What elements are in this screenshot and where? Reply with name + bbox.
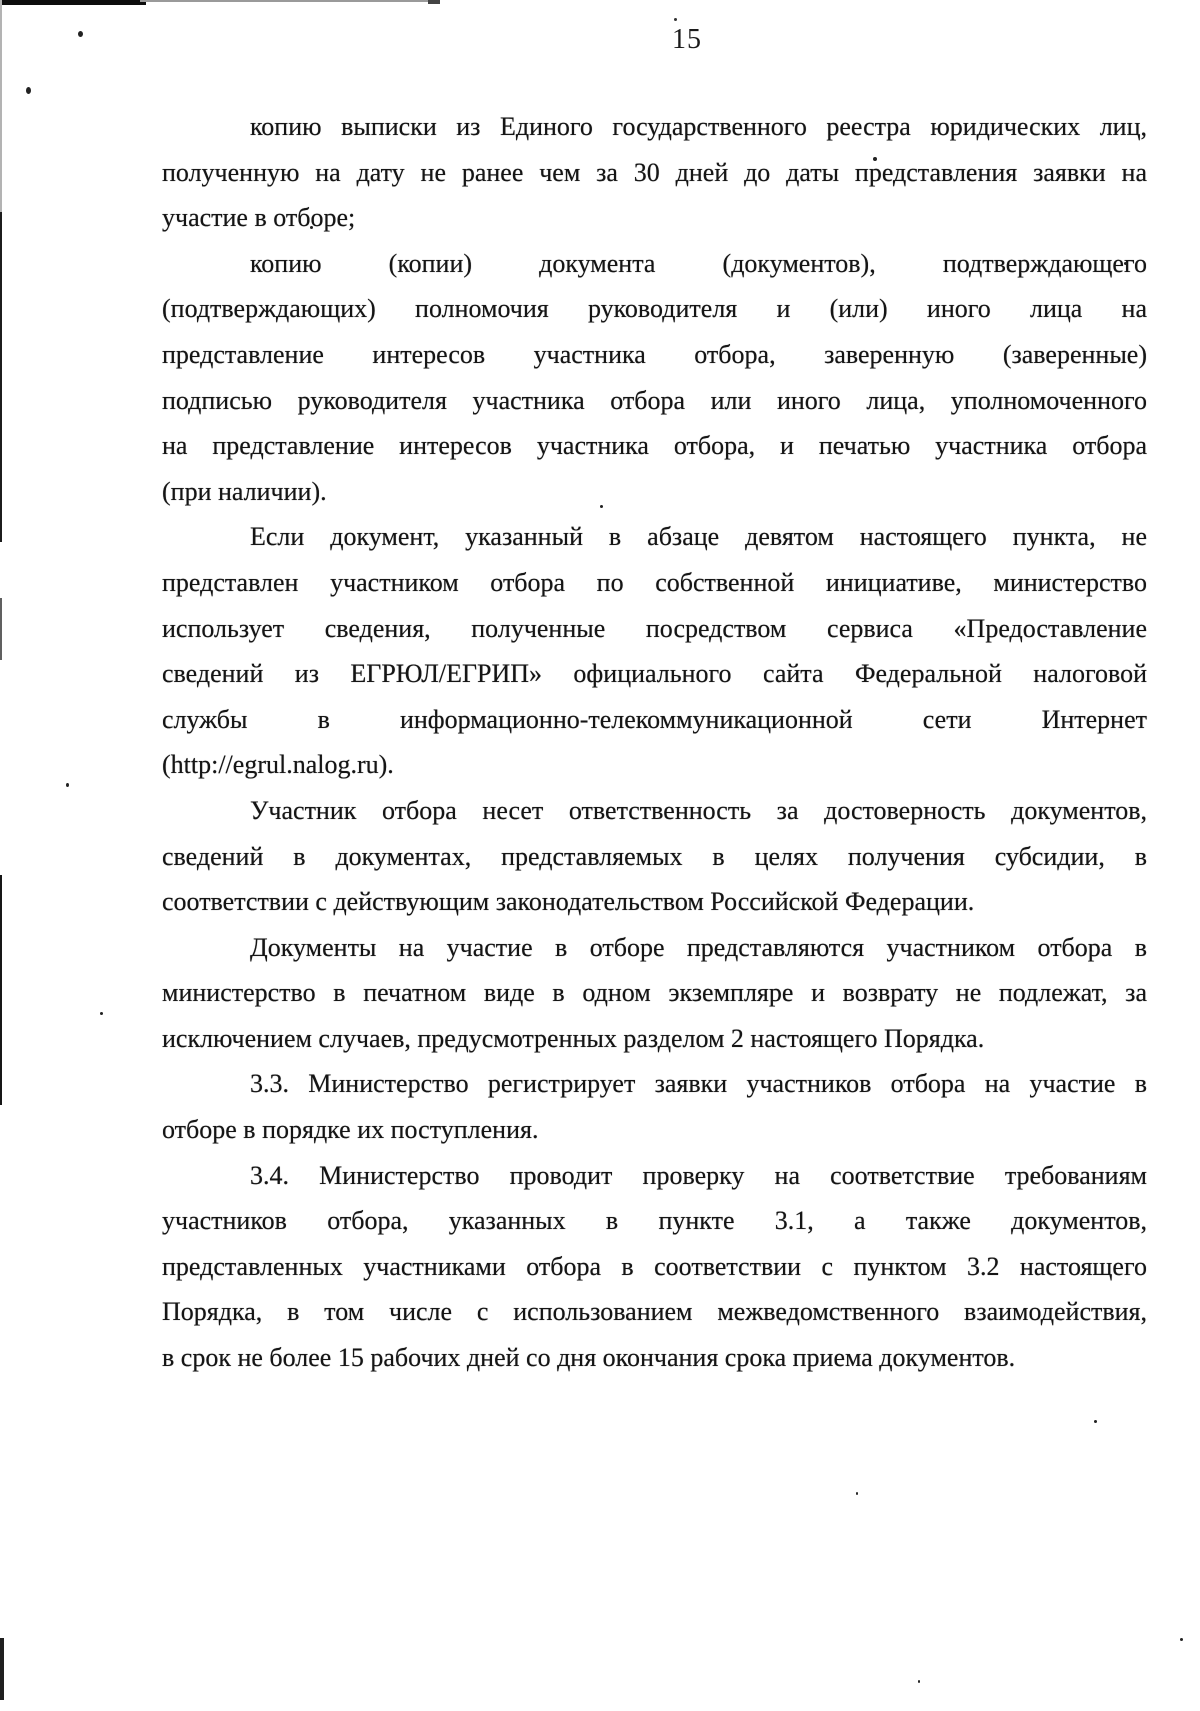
paragraph: копию (копии) документа (документов), по… — [162, 241, 1147, 515]
text-line: представлен участником отбора по собстве… — [162, 560, 1147, 606]
text-line: на представление интересов участника отб… — [162, 423, 1147, 469]
scan-speck — [78, 31, 83, 37]
text-line: исключением случаев, предусмотренных раз… — [162, 1016, 1147, 1062]
scan-speck — [1124, 262, 1127, 265]
paragraph: 3.4. Министерство проводит проверку на с… — [162, 1153, 1147, 1381]
scan-artifact-top-tick — [428, 0, 440, 4]
scan-speck — [1094, 1420, 1097, 1423]
text-line: 3.4. Министерство проводит проверку на с… — [162, 1153, 1147, 1199]
text-line: подписью руководителя участника отбора и… — [162, 378, 1147, 424]
scan-artifact-left-edge — [0, 212, 2, 542]
text-line: (при наличии). — [162, 469, 1147, 515]
scan-artifact-left-edge — [0, 875, 2, 1105]
text-line: копию выписки из Единого государственног… — [162, 104, 1147, 150]
text-line: полученную на дату не ранее чем за 30 дн… — [162, 150, 1147, 196]
text-line: Участник отбора несет ответственность за… — [162, 788, 1147, 834]
text-line: представленных участниками отбора в соот… — [162, 1244, 1147, 1290]
scan-artifact-left-edge — [0, 598, 2, 660]
text-line: отборе в порядке их поступления. — [162, 1107, 1147, 1153]
text-line: сведений в документах, представляемых в … — [162, 834, 1147, 880]
scan-speck — [600, 505, 603, 508]
scan-speck — [1032, 1174, 1034, 1177]
text-line: участие в отборе; — [162, 195, 1147, 241]
scan-speck — [26, 87, 31, 94]
scan-speck — [856, 1492, 858, 1495]
paragraph: Документы на участие в отборе представля… — [162, 925, 1147, 1062]
scan-speck — [310, 226, 313, 229]
text-line: Документы на участие в отборе представля… — [162, 925, 1147, 971]
text-line: участников отбора, указанных в пункте 3.… — [162, 1198, 1147, 1244]
document-body: копию выписки из Единого государственног… — [162, 104, 1147, 1381]
scan-artifact-top-bar — [0, 0, 146, 5]
paragraph: копию выписки из Единого государственног… — [162, 104, 1147, 241]
text-line: (http://egrul.nalog.ru). — [162, 742, 1147, 788]
scan-speck — [918, 1680, 920, 1683]
paragraph: Участник отбора несет ответственность за… — [162, 788, 1147, 925]
scan-artifact-left-edge — [0, 0, 2, 212]
paragraph: Если документ, указанный в абзаце девято… — [162, 514, 1147, 788]
scan-speck — [66, 783, 69, 787]
page-number: 15 — [672, 24, 702, 56]
text-line: представление интересов участника отбора… — [162, 332, 1147, 378]
text-line: Порядка, в том числе с использованием ме… — [162, 1289, 1147, 1335]
scan-speck — [1180, 1638, 1183, 1641]
text-line: соответствии с действующим законодательс… — [162, 879, 1147, 925]
text-line: (подтверждающих) полномочия руководителя… — [162, 286, 1147, 332]
document-page: 15 копию выписки из Единого государствен… — [0, 0, 1200, 1711]
scan-artifact-left-edge — [0, 1638, 4, 1700]
scan-speck — [873, 157, 877, 161]
scan-speck — [100, 1012, 103, 1015]
text-line: Если документ, указанный в абзаце девято… — [162, 514, 1147, 560]
text-line: сведений из ЕГРЮЛ/ЕГРИП» официального са… — [162, 651, 1147, 697]
text-line: министерство в печатном виде в одном экз… — [162, 970, 1147, 1016]
paragraph: 3.3. Министерство регистрирует заявки уч… — [162, 1061, 1147, 1152]
text-line: 3.3. Министерство регистрирует заявки уч… — [162, 1061, 1147, 1107]
text-line: службы в информационно-телекоммуникацион… — [162, 697, 1147, 743]
text-line: в срок не более 15 рабочих дней со дня о… — [162, 1335, 1147, 1381]
text-line: копию (копии) документа (документов), по… — [162, 241, 1147, 287]
scan-artifact-top-line — [140, 0, 440, 2]
text-line: использует сведения, полученные посредст… — [162, 606, 1147, 652]
